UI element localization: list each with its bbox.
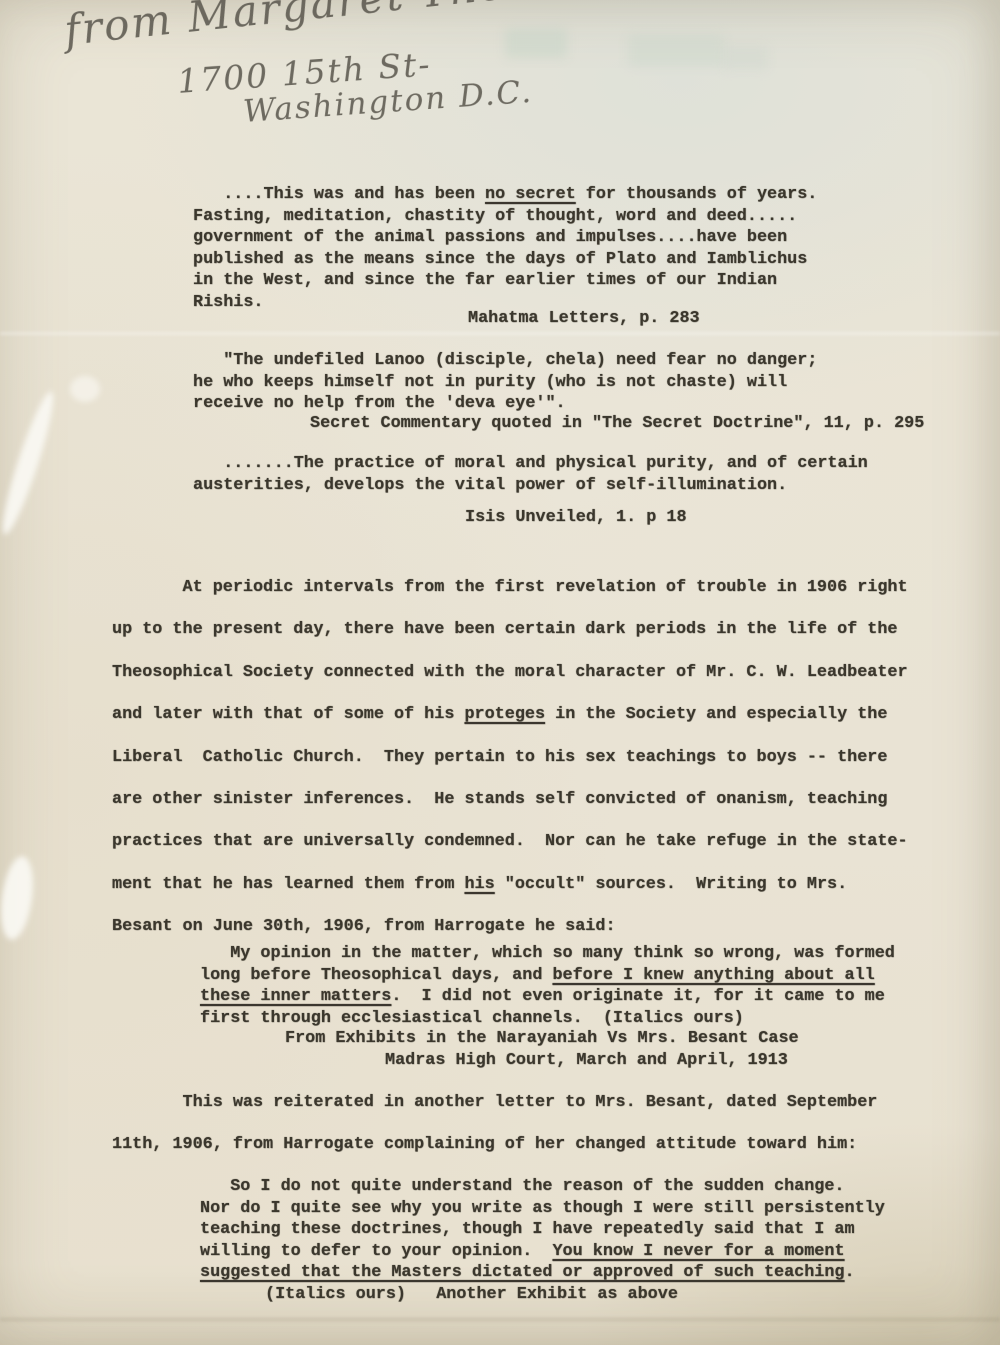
quote-isis-unveiled: .......The practice of moral and physica… xyxy=(193,453,868,496)
typed-line: ment that he has learned them from his "… xyxy=(112,874,908,896)
underlined-text: his xyxy=(464,875,494,894)
typed-line: suggested that the Masters dictated or a… xyxy=(200,1262,885,1284)
typed-line: 11th, 1906, from Harrogate complaining o… xyxy=(112,1134,877,1156)
quote-secret-doctrine: "The undefiled Lanoo (disciple, chela) n… xyxy=(193,350,817,415)
underlined-text: You know I never for a moment xyxy=(552,1242,844,1261)
quote-isis-attribution: Isis Unveiled, 1. p 18 xyxy=(465,507,687,529)
typed-line: he who keeps himself not in purity (who … xyxy=(193,372,817,394)
underlined-text: suggested that the Masters dictated or a… xyxy=(200,1263,845,1282)
typed-line: in the West, and since the far earlier t… xyxy=(193,270,817,292)
paper-tear-mark xyxy=(0,389,61,538)
quote-harrogate-september-closing: (Italics ours) Another Exhibit as above xyxy=(265,1284,678,1306)
quote-harrogate-june-attribution-2: Madras High Court, March and April, 1913 xyxy=(385,1050,788,1072)
typed-line: austerities, develops the vital power of… xyxy=(193,475,868,497)
quote-harrogate-june: My opinion in the matter, which so many … xyxy=(200,943,895,1029)
typed-line: Liberal Catholic Church. They pertain to… xyxy=(112,747,908,769)
quote-secret-doctrine-attribution: Secret Commentary quoted in "The Secret … xyxy=(310,413,924,435)
paper-smudge xyxy=(628,34,724,66)
typed-line: teaching these doctrines, though I have … xyxy=(200,1219,885,1241)
typed-line: Nor do I quite see why you write as thou… xyxy=(200,1198,885,1220)
quote-mahatma-letters: ....This was and has been no secret for … xyxy=(193,184,817,313)
fold-crease xyxy=(0,332,1000,335)
typed-line: At periodic intervals from the first rev… xyxy=(112,577,908,599)
typed-line: willing to defer to your opinion. You kn… xyxy=(200,1241,885,1263)
typed-line: So I do not quite understand the reason … xyxy=(200,1176,885,1198)
fold-crease xyxy=(0,1318,1000,1321)
paper-smudge xyxy=(724,46,768,70)
document-page: from Margaret Thomas 1700 15th St- Washi… xyxy=(0,0,1000,1345)
typed-line: This was reiterated in another letter to… xyxy=(112,1092,877,1114)
body-paragraph-1: At periodic intervals from the first rev… xyxy=(112,577,908,959)
quote-harrogate-september: So I do not quite understand the reason … xyxy=(200,1176,885,1284)
body-paragraph-2: This was reiterated in another letter to… xyxy=(112,1092,877,1177)
typed-line: "The undefiled Lanoo (disciple, chela) n… xyxy=(193,350,817,372)
paper-tear-mark xyxy=(0,854,38,941)
paper-smudge xyxy=(505,28,567,58)
typed-line: ....This was and has been no secret for … xyxy=(193,184,817,206)
underlined-text: proteges xyxy=(464,705,545,724)
typed-line: up to the present day, there have been c… xyxy=(112,619,908,641)
typed-line: government of the animal passions and im… xyxy=(193,227,817,249)
paper-tear-mark xyxy=(70,376,100,402)
typed-line: practices that are universally condemned… xyxy=(112,831,908,853)
typed-line: and later with that of some of his prote… xyxy=(112,704,908,726)
typed-line: Fasting, meditation, chastity of thought… xyxy=(193,206,817,228)
quote-mahatma-attribution: Mahatma Letters, p. 283 xyxy=(468,308,700,330)
typed-line: are other sinister inferences. He stands… xyxy=(112,789,908,811)
quote-harrogate-june-attribution-1: From Exhibits in the Narayaniah Vs Mrs. … xyxy=(285,1028,799,1050)
typed-line: receive no help from the 'deva eye'". xyxy=(193,393,817,415)
typed-line: Besant on June 30th, 1906, from Harrogat… xyxy=(112,916,908,938)
typed-line: My opinion in the matter, which so many … xyxy=(200,943,895,965)
typed-line: Theosophical Society connected with the … xyxy=(112,662,908,684)
underlined-text: before I knew anything about all xyxy=(552,966,874,985)
underlined-text: these inner matters xyxy=(200,987,391,1006)
typed-line: these inner matters. I did not even orig… xyxy=(200,986,895,1008)
underlined-text: no secret xyxy=(485,185,576,204)
typed-line: published as the means since the days of… xyxy=(193,249,817,271)
typed-line: long before Theosophical days, and befor… xyxy=(200,965,895,987)
typed-line: .......The practice of moral and physica… xyxy=(193,453,868,475)
typed-line: first through ecclesiastical channels. (… xyxy=(200,1008,895,1030)
